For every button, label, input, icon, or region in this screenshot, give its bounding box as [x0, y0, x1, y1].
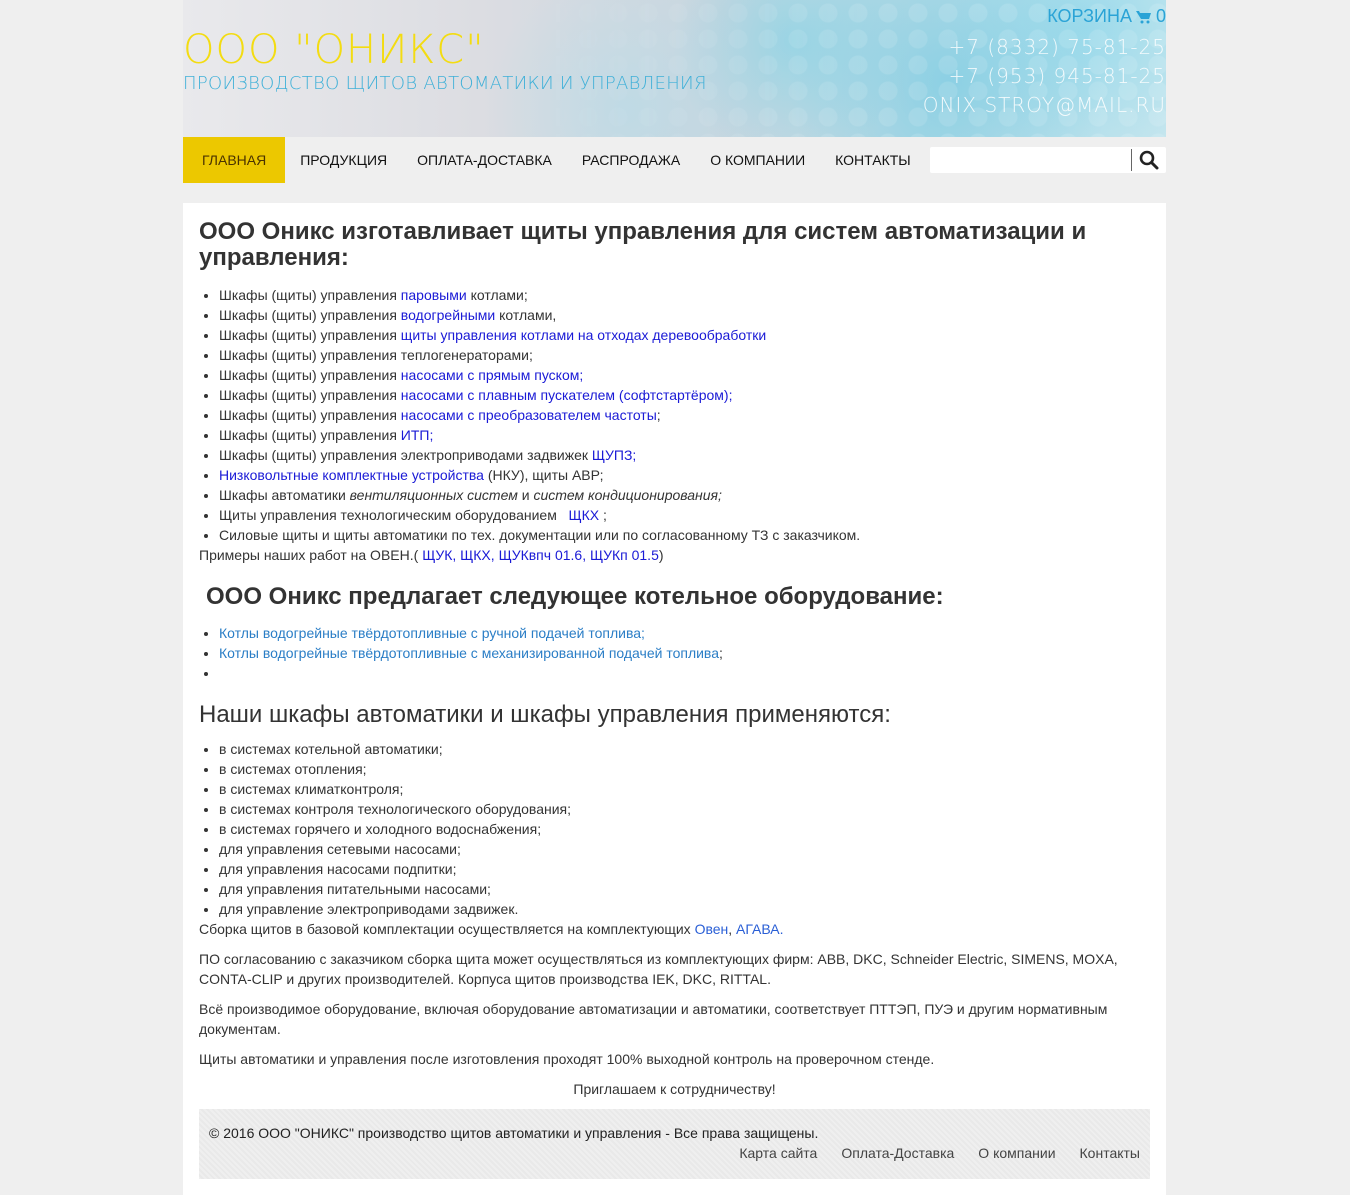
list-item: для управления сетевыми насосами; — [219, 839, 1150, 859]
list-item: в системах горячего и холодного водоснаб… — [219, 819, 1150, 839]
nav-item-home[interactable]: ГЛАВНАЯ — [183, 137, 285, 183]
cart-label: КОРЗИНА — [1047, 6, 1132, 27]
search-box — [930, 147, 1166, 173]
paragraph-standards: Всё производимое оборудование, включая о… — [199, 999, 1150, 1039]
footer-link-payment-delivery[interactable]: Оплата-Доставка — [841, 1143, 954, 1163]
list-item: Шкафы (щиты) управления насосами с плавн… — [219, 385, 1150, 405]
link-oven[interactable]: Овен — [695, 921, 729, 937]
section2-list: Котлы водогрейные твёрдотопливные с ручн… — [199, 623, 1150, 683]
list-item: Щиты управления технологическим оборудов… — [219, 505, 1150, 525]
list-item: в системах котельной автоматики; — [219, 739, 1150, 759]
phone-2: +7 (953) 945-81-25 — [923, 62, 1166, 91]
email: ONIX STROY@MAIL.RU — [923, 91, 1166, 120]
link-vfd-pumps[interactable]: насосами с преобразователем частоты — [401, 407, 657, 423]
link-steam-boilers[interactable]: паровыми — [401, 287, 467, 303]
copyright: © 2016 ООО "ОНИКС" производство щитов ав… — [209, 1123, 1140, 1143]
link-itp[interactable]: ИТП; — [401, 427, 434, 443]
list-item: Шкафы (щиты) управления насосами с прямы… — [219, 365, 1150, 385]
list-item: Шкафы (щиты) управления водогрейными кот… — [219, 305, 1150, 325]
link-shkh[interactable]: ЩКХ — [569, 507, 600, 523]
list-item: для управления питательными насосами; — [219, 879, 1150, 899]
invitation-text: Приглашаем к сотрудничеству! — [199, 1079, 1150, 1099]
nav-item-sale[interactable]: РАСПРОДАЖА — [567, 137, 695, 183]
link-nku[interactable]: Низковольтные комплектные устройства — [219, 467, 484, 483]
footer-links: Карта сайта Оплата-Доставка О компании К… — [739, 1143, 1140, 1163]
list-item: Шкафы (щиты) управления паровыми котлами… — [219, 285, 1150, 305]
list-item: в системах климатконтроля; — [219, 779, 1150, 799]
section2-heading: ООО Оникс предлагает следующее котельное… — [206, 583, 1150, 611]
list-item: Низковольтные комплектные устройства (НК… — [219, 465, 1150, 485]
link-mechanized-feed-boilers[interactable]: Котлы водогрейные твёрдотопливные с меха… — [219, 645, 719, 661]
header-contacts: +7 (8332) 75-81-25 +7 (953) 945-81-25 ON… — [923, 33, 1166, 120]
example-link-shukvpch[interactable]: ЩУКвпч 01.6 — [499, 547, 583, 563]
list-item: в системах отопления; — [219, 759, 1150, 779]
section1-list: Шкафы (щиты) управления паровыми котлами… — [199, 285, 1150, 545]
link-softstarter-pumps[interactable]: насосами с плавным пускателем (софтстарт… — [401, 387, 733, 403]
search-icon — [1139, 150, 1159, 170]
nav-item-contacts[interactable]: КОНТАКТЫ — [820, 137, 926, 183]
link-water-boilers[interactable]: водогрейными — [401, 307, 495, 323]
section3-list: в системах котельной автоматики; в систе… — [199, 739, 1150, 919]
cart-count: 0 — [1156, 6, 1166, 27]
list-item: для управление электроприводами задвижек… — [219, 899, 1150, 919]
list-item: Шкафы (щиты) управления электроприводами… — [219, 445, 1150, 465]
example-link-shukp[interactable]: ЩУКп 01.5 — [590, 547, 659, 563]
list-item: Шкафы (щиты) управления теплогенераторам… — [219, 345, 1150, 365]
list-item: Шкафы (щиты) управления ИТП; — [219, 425, 1150, 445]
list-item — [219, 663, 1150, 683]
link-shupz[interactable]: ЩУПЗ; — [592, 447, 636, 463]
footer-link-contacts[interactable]: Контакты — [1080, 1143, 1140, 1163]
footer-link-about[interactable]: О компании — [978, 1143, 1055, 1163]
example-link-shuk[interactable]: ЩУК — [422, 547, 452, 563]
main-content: ООО Оникс изготавливает щиты управления … — [183, 203, 1166, 1195]
footer-link-sitemap[interactable]: Карта сайта — [739, 1143, 817, 1163]
cart-icon — [1136, 10, 1152, 24]
search-button[interactable] — [1132, 147, 1166, 173]
nav-item-payment-delivery[interactable]: ОПЛАТА-ДОСТАВКА — [402, 137, 567, 183]
list-item: в системах контроля технологического обо… — [219, 799, 1150, 819]
list-item: Котлы водогрейные твёрдотопливные с меха… — [219, 643, 1150, 663]
list-item: Шкафы (щиты) управления насосами с преоб… — [219, 405, 1150, 425]
link-agava[interactable]: АГАВА. — [736, 921, 783, 937]
examples-line: Примеры наших работ на ОВЕН.( ЩУК, ЩКХ, … — [199, 545, 1150, 565]
list-item: для управления насосами подпитки; — [219, 859, 1150, 879]
list-item: Шкафы автоматики вентиляционных систем и… — [219, 485, 1150, 505]
example-link-shkh[interactable]: ЩКХ — [460, 547, 491, 563]
section3-heading: Наши шкафы автоматики и шкафы управления… — [199, 701, 1150, 729]
assembly-text: Сборка щитов в базовой комплектации осущ… — [199, 919, 1150, 939]
link-manual-feed-boilers[interactable]: Котлы водогрейные твёрдотопливные с ручн… — [219, 625, 645, 641]
header-banner: ООО "ОНИКС" ПРОИЗВОДСТВО ЩИТОВ АВТОМАТИК… — [183, 0, 1166, 137]
list-item: Котлы водогрейные твёрдотопливные с ручн… — [219, 623, 1150, 643]
list-item: Силовые щиты и щиты автоматики по тех. д… — [219, 525, 1150, 545]
section1-heading: ООО Оникс изготавливает щиты управления … — [199, 219, 1150, 271]
nav-item-about[interactable]: О КОМПАНИИ — [695, 137, 820, 183]
nav-item-products[interactable]: ПРОДУКЦИЯ — [285, 137, 402, 183]
paragraph-components: ПО согласованию с заказчиком сборка щита… — [199, 949, 1150, 989]
logo-subtitle: ПРОИЗВОДСТВО ЩИТОВ АВТОМАТИКИ И УПРАВЛЕН… — [183, 73, 707, 95]
main-nav: ГЛАВНАЯ ПРОДУКЦИЯ ОПЛАТА-ДОСТАВКА РАСПРО… — [183, 137, 1166, 183]
cart-link[interactable]: КОРЗИНА 0 — [1047, 6, 1166, 27]
link-direct-start-pumps[interactable]: насосами с прямым пуском; — [401, 367, 583, 383]
page: ООО "ОНИКС" ПРОИЗВОДСТВО ЩИТОВ АВТОМАТИК… — [183, 0, 1166, 1195]
footer: © 2016 ООО "ОНИКС" производство щитов ав… — [199, 1109, 1150, 1179]
paragraph-quality-control: Щиты автоматики и управления после изгот… — [199, 1049, 1150, 1069]
search-input[interactable] — [930, 148, 1131, 172]
logo-title[interactable]: ООО "ОНИКС" — [183, 28, 485, 72]
link-wood-waste-boilers[interactable]: щиты управления котлами на отходах дерев… — [401, 327, 766, 343]
phone-1: +7 (8332) 75-81-25 — [923, 33, 1166, 62]
list-item: Шкафы (щиты) управления щиты управления … — [219, 325, 1150, 345]
